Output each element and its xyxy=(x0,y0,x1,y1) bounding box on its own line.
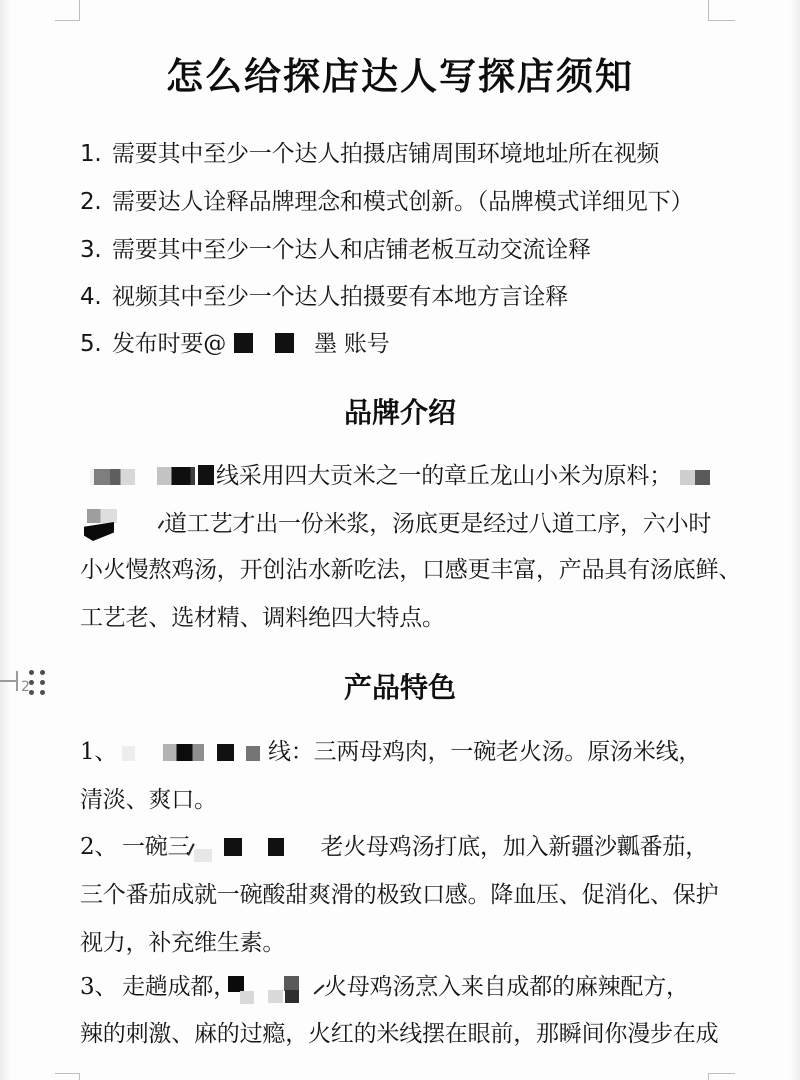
crop-mark-top-right-horizontal xyxy=(708,20,735,21)
redaction-block xyxy=(246,746,260,761)
redaction-block xyxy=(84,509,118,545)
feature-item-3-line-2: 辣的刺激、麻的过瘾，火红的米线摆在眼前，那瞬间你漫步在成 xyxy=(80,1018,718,1052)
redaction-block xyxy=(163,744,204,761)
notice-item-4-text: 视频其中至少一个达人拍摄要有本地方言诠释 xyxy=(112,284,568,310)
redaction-block xyxy=(234,333,253,353)
partial-glyph-stroke xyxy=(314,984,325,994)
feature-item-2-line-1: 2、一碗三老火母鸡汤打底，加入新疆沙瓤番茄， xyxy=(80,831,708,865)
redaction-block xyxy=(224,838,242,856)
redaction-block xyxy=(275,333,294,353)
feature-item-2-line-2: 三个番茄成就一碗酸甜爽滑的极致口感。降血压、促消化、保护 xyxy=(80,879,718,913)
page-left-edge-shadow xyxy=(0,0,10,1080)
feature-item-1-text: 线：三两母鸡肉，一碗老火汤。原汤米线， xyxy=(268,739,701,765)
brand-line-1: 线采用四大贡米之一的章丘龙山小米为原料； xyxy=(90,460,710,494)
feature-item-2-line-3: 视力，补充维生素。 xyxy=(80,927,285,961)
brand-line-2: 道工艺才出一份米浆，汤底更是经过八道工序，六小时 xyxy=(84,508,711,542)
crop-mark-bottom-right-horizontal xyxy=(708,1073,735,1074)
redaction-block xyxy=(198,465,214,485)
crop-mark-bottom-right-vertical xyxy=(708,1073,709,1080)
redaction-block xyxy=(268,976,300,1006)
feature-item-1-line-1: 1、线：三两母鸡肉，一碗老火汤。原汤米线， xyxy=(80,736,701,770)
notice-item-1-text: 需要其中至少一个达人拍摄店铺周围环境地址所在视频 xyxy=(112,141,659,167)
feature-item-1-line-2: 清淡、爽口。 xyxy=(80,784,217,818)
crop-mark-top-left-horizontal xyxy=(55,20,80,21)
brand-line-4: 工艺老、选材精、调料绝四大特点。 xyxy=(80,602,445,636)
crop-mark-top-right-vertical xyxy=(708,0,709,21)
notice-item-1: 1.需要其中至少一个达人拍摄店铺周围环境地址所在视频 xyxy=(80,138,659,172)
notice-item-2-text: 需要达人诠释品牌理念和模式创新。（品牌模式详细见下） xyxy=(112,189,693,215)
notice-item-5-number: 5. xyxy=(80,328,112,360)
feature-item-3-text-before: 走趟成都， xyxy=(122,974,236,1000)
notice-item-5-text-before: 发布时要@ xyxy=(112,331,226,357)
redaction-block xyxy=(122,746,135,761)
feature-item-1-number: 1、 xyxy=(80,736,122,768)
notice-item-5: 5.发布时要@墨 账号 xyxy=(80,328,390,362)
brand-line-2-text: 道工艺才出一份米浆，汤底更是经过八道工序，六小时 xyxy=(164,511,711,537)
feature-item-2-text-before: 一碗三 xyxy=(122,834,190,860)
redaction-block xyxy=(680,470,710,485)
redaction-block xyxy=(157,467,195,485)
redaction-block xyxy=(194,849,212,862)
feature-item-2-text-after: 老火母鸡汤打底，加入新疆沙瓤番茄， xyxy=(320,834,708,860)
notice-item-3: 3.需要其中至少一个达人和店铺老板互动交流诠释 xyxy=(80,234,591,268)
redaction-block xyxy=(228,976,258,1006)
notice-item-2: 2.需要达人诠释品牌理念和模式创新。（品牌模式详细见下） xyxy=(80,186,693,220)
redaction-block xyxy=(90,469,135,485)
document-page: 怎么给探店达人写探店须知 1.需要其中至少一个达人拍摄店铺周围环境地址所在视频 … xyxy=(0,0,800,1080)
feature-item-3-text-after: 火母鸡汤烹入来自成都的麻辣配方， xyxy=(324,974,689,1000)
notice-item-3-number: 3. xyxy=(80,234,112,266)
redaction-block xyxy=(217,744,234,761)
feature-item-2-number: 2、 xyxy=(80,831,122,863)
brand-line-3: 小火慢熬鸡汤，开创沾水新吃法，口感更丰富，产品具有汤底鲜、 xyxy=(80,554,741,588)
crop-mark-bottom-left-horizontal xyxy=(55,1073,80,1074)
doc-title: 怎么给探店达人写探店须知 xyxy=(0,46,800,100)
notice-item-5-text-after: 墨 账号 xyxy=(314,331,390,357)
crop-mark-bottom-left-vertical xyxy=(79,1073,80,1080)
feature-item-3-line-1: 3、走趟成都，火母鸡汤烹入来自成都的麻辣配方， xyxy=(80,971,689,1005)
redaction-block xyxy=(268,838,284,856)
notice-item-1-number: 1. xyxy=(80,138,112,170)
crop-mark-top-left-vertical xyxy=(79,0,80,21)
feature-item-3-number: 3、 xyxy=(80,971,122,1003)
notice-item-4: 4.视频其中至少一个达人拍摄要有本地方言诠释 xyxy=(80,281,568,315)
notice-item-3-text: 需要其中至少一个达人和店铺老板互动交流诠释 xyxy=(112,237,591,263)
features-heading: 产品特色 xyxy=(0,666,800,706)
notice-item-2-number: 2. xyxy=(80,186,112,218)
brand-line-1-text: 线采用四大贡米之一的章丘龙山小米为原料； xyxy=(216,463,672,489)
notice-item-4-number: 4. xyxy=(80,281,112,313)
page-right-edge-shadow xyxy=(790,0,800,1080)
brand-heading: 品牌介绍 xyxy=(0,391,800,431)
